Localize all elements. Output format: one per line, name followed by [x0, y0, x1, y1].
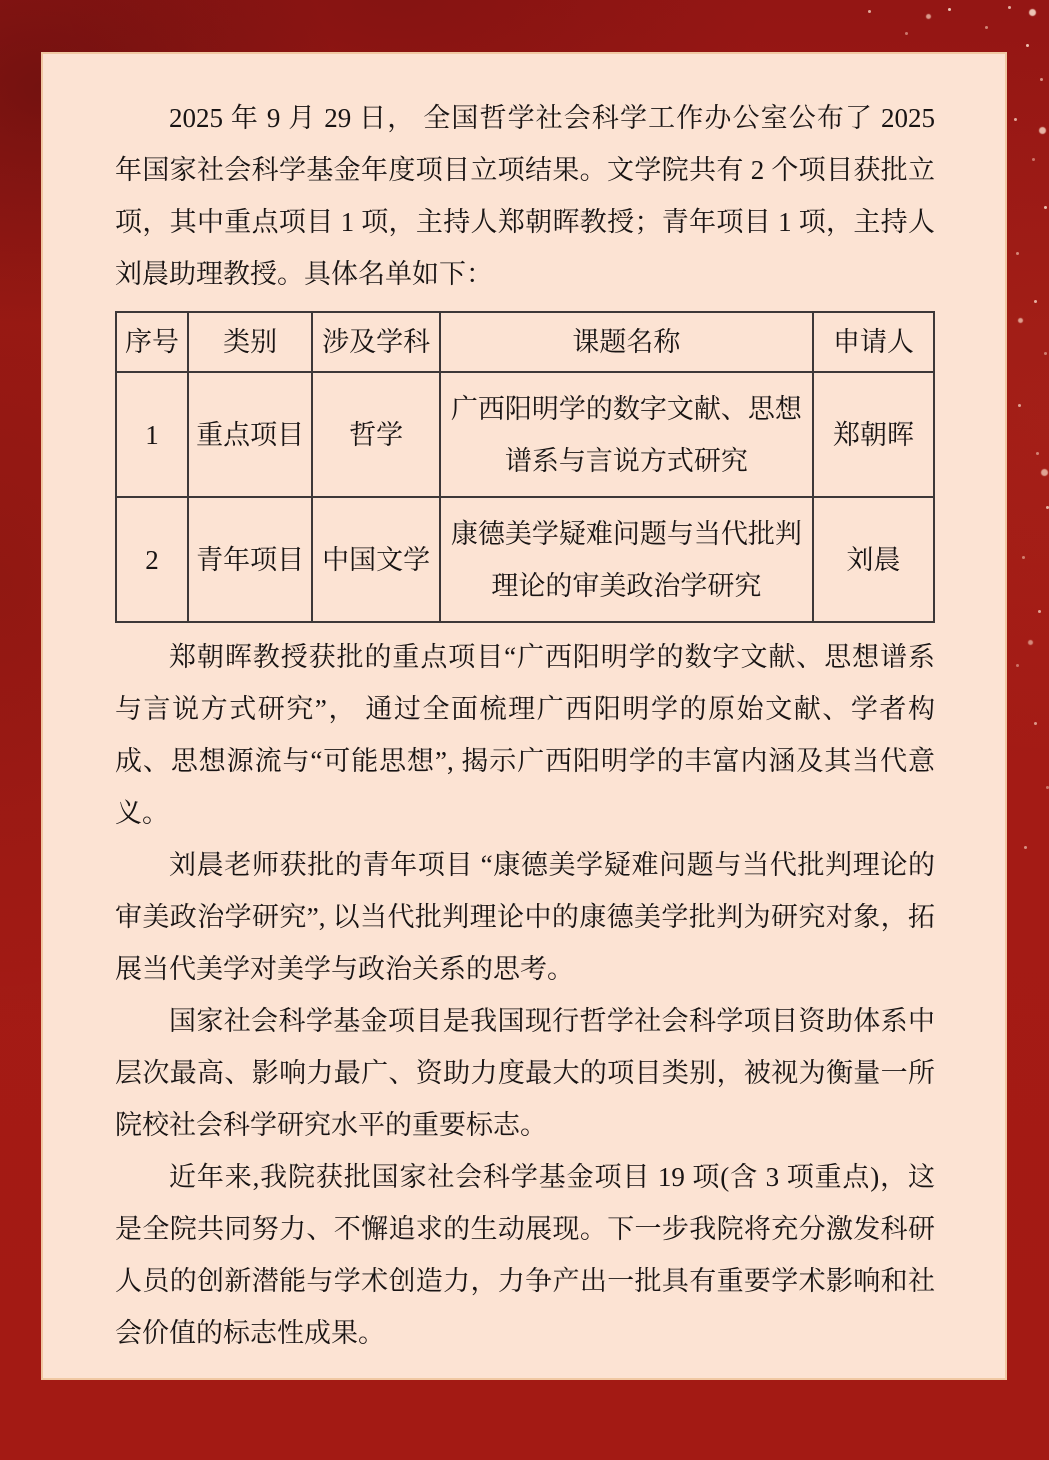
cell-index: 2	[116, 497, 188, 622]
header-title: 课题名称	[440, 312, 813, 372]
cell-applicant: 郑朝晖	[813, 372, 934, 497]
header-category: 类别	[188, 312, 312, 372]
cell-discipline: 哲学	[312, 372, 440, 497]
paragraph-zheng-project: 郑朝晖教授获批的重点项目“广西阳明学的数字文献、思想谱系与言说方式研究”， 通过…	[115, 631, 935, 839]
paragraph-recent-achievements: 近年来,我院获批国家社会科学基金项目 19 项(含 3 项重点)，这是全院共同努…	[115, 1151, 935, 1359]
cell-index: 1	[116, 372, 188, 497]
table-row-1: 1 重点项目 哲学 广西阳明学的数字文献、思想谱系与言说方式研究 郑朝晖	[116, 372, 934, 497]
header-applicant: 申请人	[813, 312, 934, 372]
intro-paragraph: 2025 年 9 月 29 日， 全国哲学社会科学工作办公室公布了 2025 年…	[115, 92, 935, 300]
table-row-2: 2 青年项目 中国文学 康德美学疑难问题与当代批判理论的审美政治学研究 刘晨	[116, 497, 934, 622]
paragraph-liu-project: 刘晨老师获批的青年项目 “康德美学疑难问题与当代批判理论的审美政治学研究”, 以…	[115, 839, 935, 995]
paragraph-nsfc-significance: 国家社会科学基金项目是我国现行哲学社会科学项目资助体系中层次最高、影响力最广、资…	[115, 995, 935, 1151]
projects-table: 序号 类别 涉及学科 课题名称 申请人 1 重点项目 哲学 广西阳明学的数字文献…	[115, 311, 935, 623]
cell-category: 重点项目	[188, 372, 312, 497]
cell-category: 青年项目	[188, 497, 312, 622]
header-index: 序号	[116, 312, 188, 372]
sparkle-dots-large	[0, 0, 5, 5]
cell-title: 广西阳明学的数字文献、思想谱系与言说方式研究	[440, 372, 813, 497]
table-header-row: 序号 类别 涉及学科 课题名称 申请人	[116, 312, 934, 372]
header-discipline: 涉及学科	[312, 312, 440, 372]
content-panel: 2025 年 9 月 29 日， 全国哲学社会科学工作办公室公布了 2025 年…	[41, 52, 1007, 1380]
sparkle-dots-small	[0, 0, 3, 3]
cell-applicant: 刘晨	[813, 497, 934, 622]
cell-discipline: 中国文学	[312, 497, 440, 622]
cell-title: 康德美学疑难问题与当代批判理论的审美政治学研究	[440, 497, 813, 622]
